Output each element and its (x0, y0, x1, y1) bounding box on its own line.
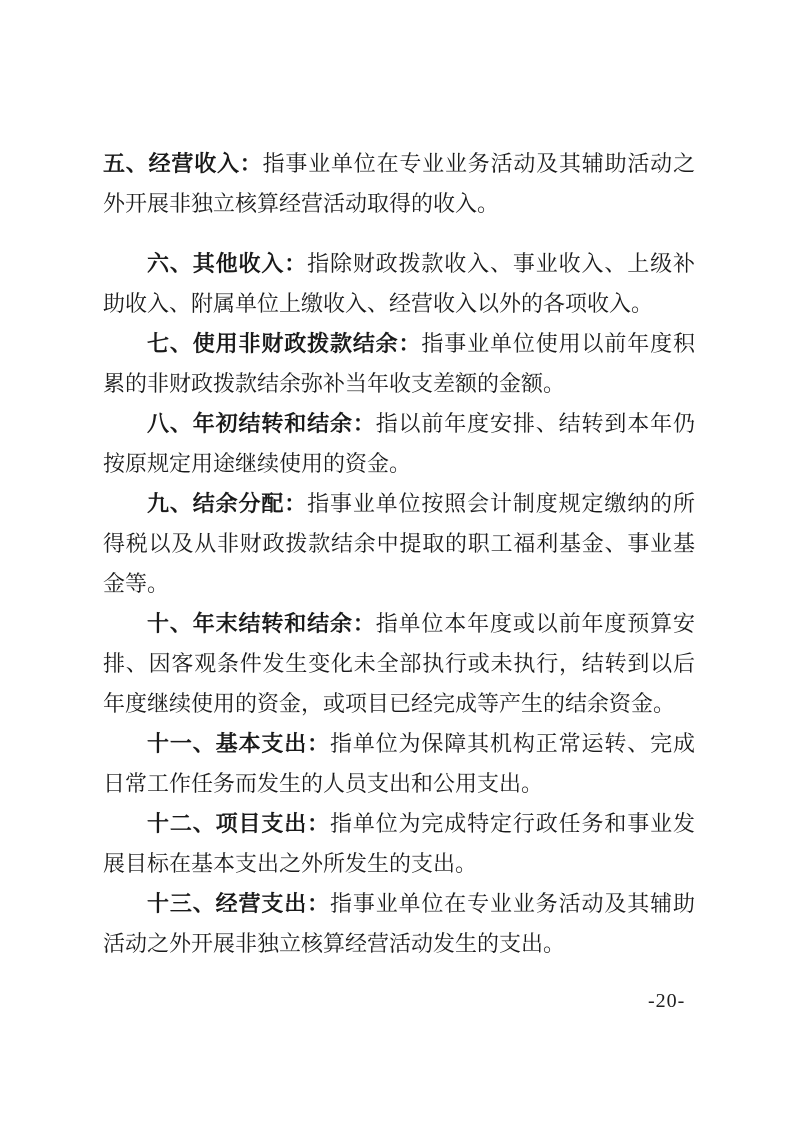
term-label: 八、年初结转和结余： (147, 411, 376, 436)
definition-paragraph-12: 十二、项目支出：指单位为完成特定行政任务和事业发展目标在基本支出之外所发生的支出… (103, 804, 695, 884)
definition-paragraph-8: 八、年初结转和结余：指以前年度安排、结转到本年仍按原规定用途继续使用的资金。 (103, 404, 695, 484)
document-body: 五、经营收入：指事业单位在专业业务活动及其辅助活动之外开展非独立核算经营活动取得… (103, 144, 695, 964)
definition-paragraph-11: 十一、基本支出：指单位为保障其机构正常运转、完成日常工作任务而发生的人员支出和公… (103, 724, 695, 804)
term-label: 十、年末结转和结余： (147, 611, 376, 636)
definition-paragraph-9: 九、结余分配：指事业单位按照会计制度规定缴纳的所得税以及从非财政拨款结余中提取的… (103, 484, 695, 604)
page-number: -20- (648, 990, 685, 1013)
term-label: 十三、经营支出： (147, 891, 330, 916)
document-page: 五、经营收入：指事业单位在专业业务活动及其辅助活动之外开展非独立核算经营活动取得… (0, 0, 793, 1122)
term-label: 十一、基本支出： (147, 731, 330, 756)
term-label: 五、经营收入： (103, 151, 263, 176)
term-label: 七、使用非财政拨款结余： (147, 331, 421, 356)
term-label: 十二、项目支出： (147, 811, 330, 836)
definition-paragraph-10: 十、年末结转和结余：指单位本年度或以前年度预算安排、因客观条件发生变化未全部执行… (103, 604, 695, 724)
definition-paragraph-6: 六、其他收入：指除财政拨款收入、事业收入、上级补助收入、附属单位上缴收入、经营收… (103, 244, 695, 324)
definition-paragraph-13: 十三、经营支出：指事业单位在专业业务活动及其辅助活动之外开展非独立核算经营活动发… (103, 884, 695, 964)
term-label: 九、结余分配： (147, 491, 307, 516)
term-label: 六、其他收入： (147, 251, 307, 276)
definition-paragraph-5: 五、经营收入：指事业单位在专业业务活动及其辅助活动之外开展非独立核算经营活动取得… (103, 144, 695, 224)
definition-paragraph-7: 七、使用非财政拨款结余：指事业单位使用以前年度积累的非财政拨款结余弥补当年收支差… (103, 324, 695, 404)
